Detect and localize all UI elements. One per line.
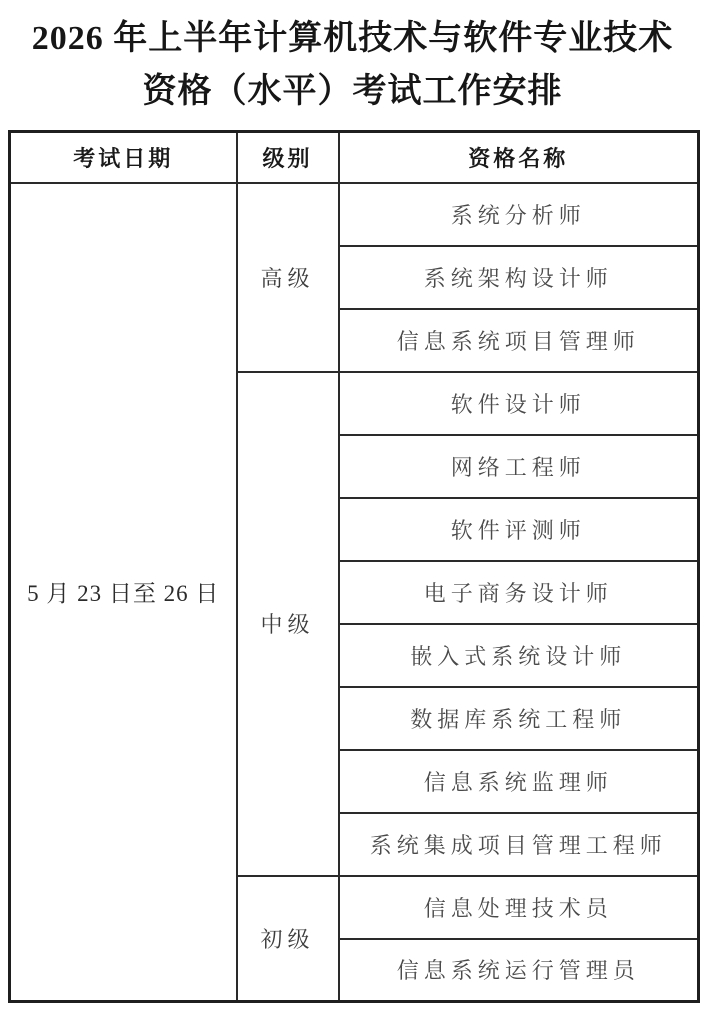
qualification-cell: 信息系统监理师 <box>339 750 699 813</box>
level-cell-elementary: 初级 <box>237 876 339 1002</box>
header-exam-date: 考试日期 <box>10 132 237 183</box>
level-cell-intermediate: 中级 <box>237 372 339 876</box>
qualification-cell: 数据库系统工程师 <box>339 687 699 750</box>
exam-table-body: 5 月 23 日至 26 日高级系统分析师系统架构设计师信息系统项目管理师中级软… <box>10 183 699 1002</box>
exam-schedule-table: 考试日期 级别 资格名称 5 月 23 日至 26 日高级系统分析师系统架构设计… <box>8 130 700 1003</box>
table-row: 5 月 23 日至 26 日高级系统分析师 <box>10 183 699 246</box>
table-header: 考试日期 级别 资格名称 <box>10 132 699 183</box>
level-cell-advanced: 高级 <box>237 183 339 372</box>
page-title-line-2: 资格（水平）考试工作安排 <box>0 65 705 118</box>
header-row: 考试日期 级别 资格名称 <box>10 132 699 183</box>
qualification-cell: 信息系统运行管理员 <box>339 939 699 1002</box>
qualification-cell: 信息处理技术员 <box>339 876 699 939</box>
qualification-cell: 软件设计师 <box>339 372 699 435</box>
qualification-cell: 系统分析师 <box>339 183 699 246</box>
qualification-cell: 嵌入式系统设计师 <box>339 624 699 687</box>
page-title-line-1: 2026 年上半年计算机技术与软件专业技术 <box>0 12 705 65</box>
header-level: 级别 <box>237 132 339 183</box>
exam-date-cell: 5 月 23 日至 26 日 <box>10 183 237 1002</box>
qualification-cell: 系统集成项目管理工程师 <box>339 813 699 876</box>
qualification-cell: 系统架构设计师 <box>339 246 699 309</box>
document-page: 2026 年上半年计算机技术与软件专业技术 资格（水平）考试工作安排 考试日期 … <box>0 0 705 1011</box>
qualification-cell: 网络工程师 <box>339 435 699 498</box>
qualification-cell: 信息系统项目管理师 <box>339 309 699 372</box>
qualification-cell: 软件评测师 <box>339 498 699 561</box>
page-title: 2026 年上半年计算机技术与软件专业技术 资格（水平）考试工作安排 <box>0 0 705 118</box>
header-qualification-name: 资格名称 <box>339 132 699 183</box>
qualification-cell: 电子商务设计师 <box>339 561 699 624</box>
